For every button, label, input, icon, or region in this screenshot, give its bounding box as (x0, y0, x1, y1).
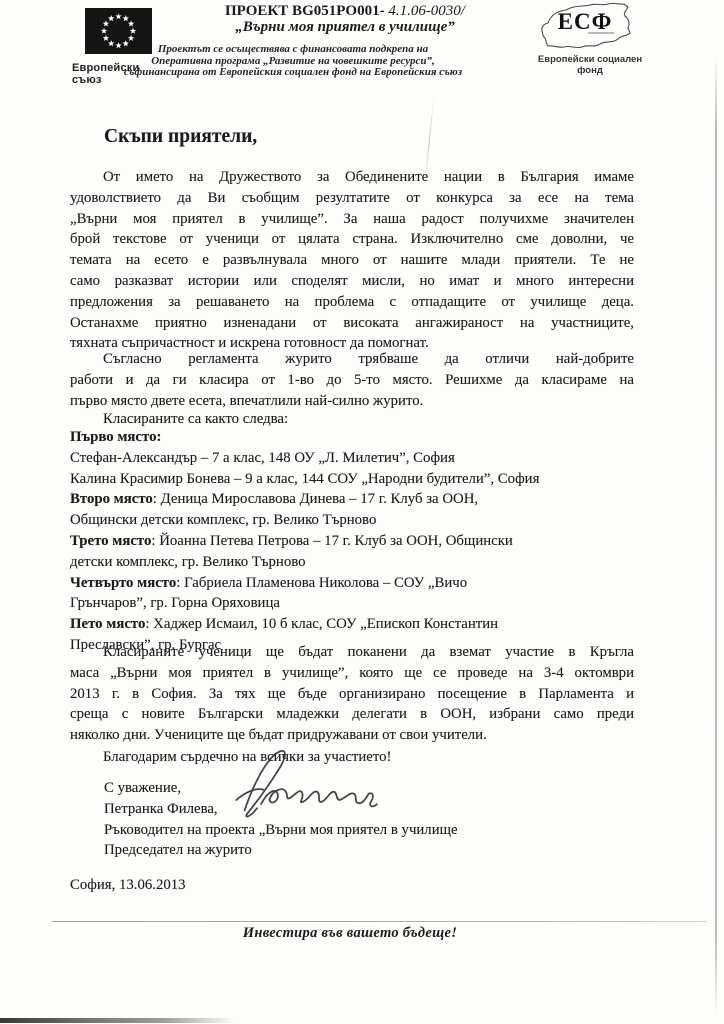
result-line: Първо място: (70, 427, 634, 448)
scan-edge-artifact (715, 55, 717, 1015)
bulgaria-map-icon: ЕСФ (538, 1, 632, 53)
result-text: Общински детски комплекс, гр. Велико Тър… (70, 512, 376, 528)
esf-logo: ЕСФ (538, 1, 632, 58)
result-text: Стефан-Александър – 7 а клас, 148 ОУ „Л.… (70, 450, 455, 466)
result-text: : Деница Мирославова Динева – 17 г. Клуб… (153, 491, 478, 507)
result-line: Калина Красимир Бонева – 9 а клас, 144 С… (70, 469, 634, 490)
paragraph-3: Класираните ученици ще бъдат поканени да… (70, 642, 634, 746)
esf-logo-text: ЕСФ (558, 9, 613, 34)
paragraph-1-line: От името на Дружеството за Обединените н… (70, 167, 634, 188)
project-name: „Върни моя приятел в училище” (180, 20, 510, 34)
closing-role-2: Председател на журито (104, 840, 564, 861)
footer-divider (52, 921, 707, 922)
paragraph-3-line: среща с новите Български младежки делега… (70, 704, 634, 725)
project-number: 4.1.06-0030/ (385, 3, 465, 19)
result-line: Пето място: Хаджер Исмаил, 10 б клас, СО… (70, 614, 634, 635)
paragraph-1-line: Останахме приятно изненадани от високата… (70, 313, 634, 334)
paragraph-1-line: само разказват истории или споделят мисл… (70, 271, 634, 292)
paragraph-3-line: 2013 г. в София. За тях ще бъде организи… (70, 684, 634, 705)
paragraph-2-line: работи и да ги класира от 1-во до 5-то м… (70, 370, 634, 391)
project-code: ПРОЕКТ BG051PO001- (225, 3, 385, 19)
esf-fineprint-mark (588, 32, 614, 34)
result-text: : Хаджер Исмаил, 10 б клас, СОУ „Епископ… (145, 616, 498, 632)
scan-bottom-artifact (0, 1018, 235, 1023)
esf-caption: Европейски социален фонд (528, 54, 652, 76)
result-rank-label: Четвърто място (70, 575, 176, 591)
result-rank-label: Първо място: (70, 429, 161, 445)
result-line: Четвърто място: Габриела Пламенова Никол… (70, 573, 634, 594)
paragraph-1-line: предложения за решаването на проблема с … (70, 292, 634, 313)
result-rank-label: Второ място (70, 491, 153, 507)
result-text: детски комплекс, гр. Велико Търново (70, 554, 306, 570)
paragraph-3-line: маса „Върни моя приятел в училище”, коят… (70, 663, 634, 684)
paragraph-2: Съгласно регламента журито трябваше да о… (70, 349, 634, 411)
subtitle-line-1: Проектът се осъществява с финансовата по… (118, 44, 468, 56)
result-text: : Йоанна Петева Петрова – 17 г. Клуб за … (151, 533, 512, 549)
project-title-block: ПРОЕКТ BG051PO001- 4.1.06-0030/ „Върни м… (180, 4, 510, 34)
result-line: Стефан-Александър – 7 а клас, 148 ОУ „Л.… (70, 448, 634, 469)
result-line: Грънчаров”, гр. Горна Оряховица (70, 593, 634, 614)
paragraph-3-line: Класираните ученици ще бъдат поканени да… (70, 642, 634, 663)
result-rank-label: Трето място (70, 533, 151, 549)
result-text: : Габриела Пламенова Николова – СОУ „Вич… (176, 575, 467, 591)
project-code-line: ПРОЕКТ BG051PO001- 4.1.06-0030/ (180, 4, 510, 18)
result-line: детски комплекс, гр. Велико Търново (70, 552, 634, 573)
scanned-letter-page: Европейски съюз ПРОЕКТ BG051PO001- 4.1.0… (0, 0, 724, 1024)
paragraph-1-line: „Върни моя приятел в училище”. За наша р… (70, 209, 634, 230)
paragraph-1-line: брой текстове от ученици от цялата стран… (70, 229, 634, 250)
paragraph-2-line: Съгласно регламента журито трябваше да о… (70, 349, 634, 370)
result-line: Второ място: Деница Мирославова Динева –… (70, 489, 634, 510)
result-line: Трето място: Йоанна Петева Петрова – 17 … (70, 531, 634, 552)
result-line: Общински детски комплекс, гр. Велико Тър… (70, 510, 634, 531)
project-subtitle: Проектът се осъществява с финансовата по… (118, 44, 468, 79)
results-list: Първо място: Стефан-Александър – 7 а кла… (70, 427, 634, 656)
place-date: София, 13.06.2013 (70, 875, 634, 896)
subtitle-line-3: съфинансирана от Европейския социален фо… (118, 67, 468, 79)
paragraph-1: От името на Дружеството за Обединените н… (70, 167, 634, 354)
handwritten-signature (226, 746, 381, 829)
salutation: Скъпи приятели, (104, 126, 257, 148)
result-text: Калина Красимир Бонева – 9 а клас, 144 С… (70, 471, 539, 487)
footer-slogan: Инвестира във вашето бъдеще! (80, 925, 620, 942)
paragraph-1-line: темата на есето е развълнувала много от … (70, 250, 634, 271)
result-rank-label: Пето място (70, 616, 145, 632)
result-text: Грънчаров”, гр. Горна Оряховица (70, 595, 280, 611)
paragraph-1-line: удоволствието да Ви съобщим резултатите … (70, 188, 634, 209)
paragraph-3-line: няколко дни. Учениците ще бъдат придружа… (70, 725, 634, 746)
